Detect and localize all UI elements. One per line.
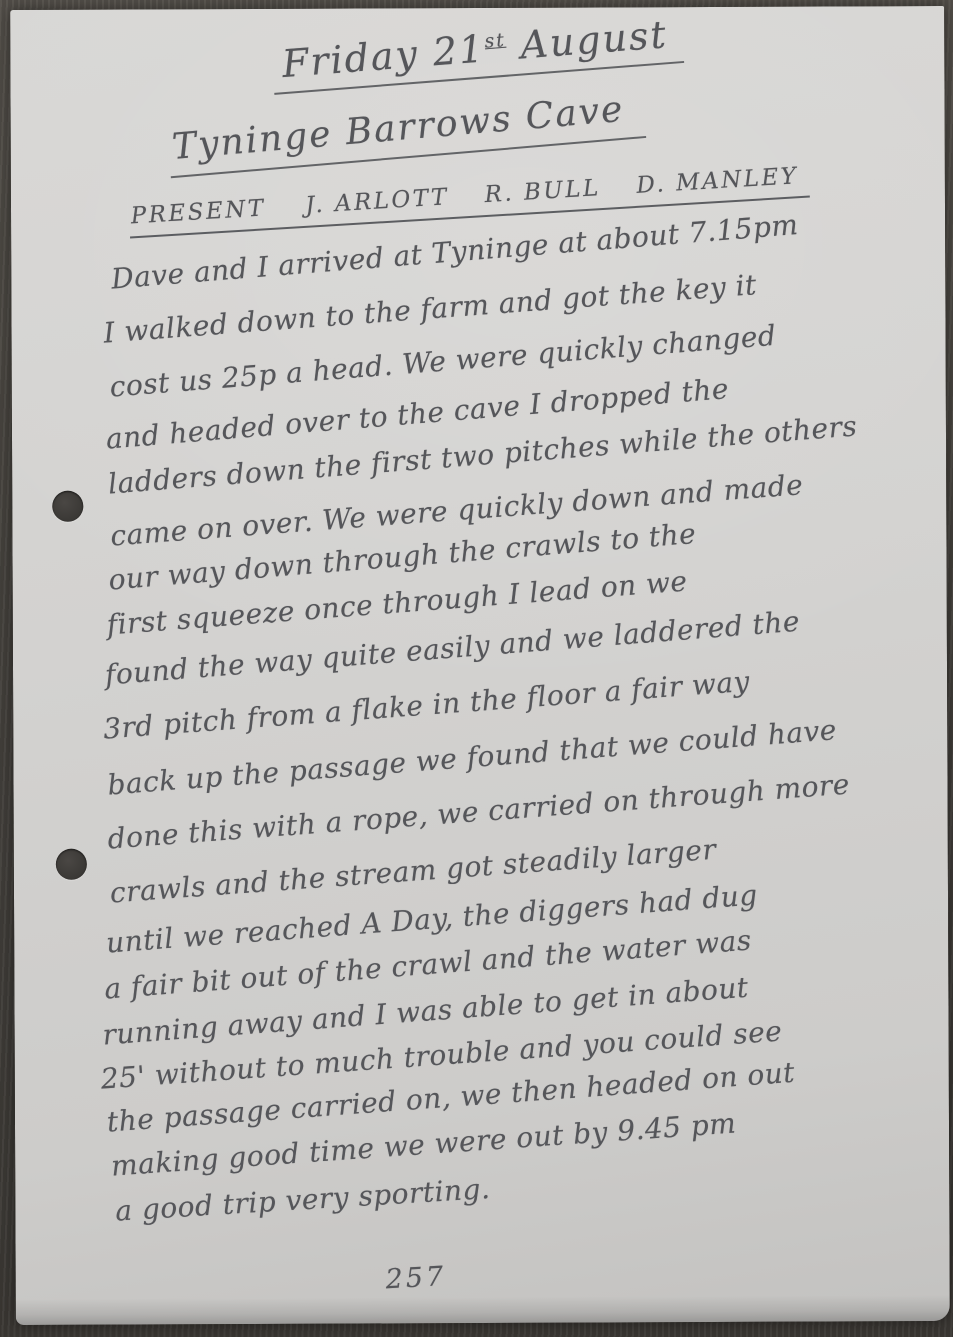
cave-name-heading: Tyninge Barrows Cave xyxy=(167,87,647,178)
attendee-2: R. BULL xyxy=(484,175,602,208)
title-ordinal: st xyxy=(484,29,507,53)
page-bottom-shadow xyxy=(16,1295,950,1325)
hole-punch-bottom xyxy=(56,849,87,880)
page-number: 257 xyxy=(385,1261,447,1295)
entry-date-title: Friday 21st August xyxy=(270,11,683,95)
attendee-1: J. ARLOTT xyxy=(305,184,450,219)
attendee-3: D. MANLEY xyxy=(636,163,800,199)
title-day: Friday 21 xyxy=(280,26,486,86)
journal-line: a good trip very sporting. xyxy=(115,1175,492,1226)
title-month: August xyxy=(505,12,670,68)
present-label: PRESENT xyxy=(130,195,266,229)
hole-punch-top xyxy=(52,491,83,522)
journal-page: Friday 21st August Tyninge Barrows Cave … xyxy=(10,6,950,1325)
